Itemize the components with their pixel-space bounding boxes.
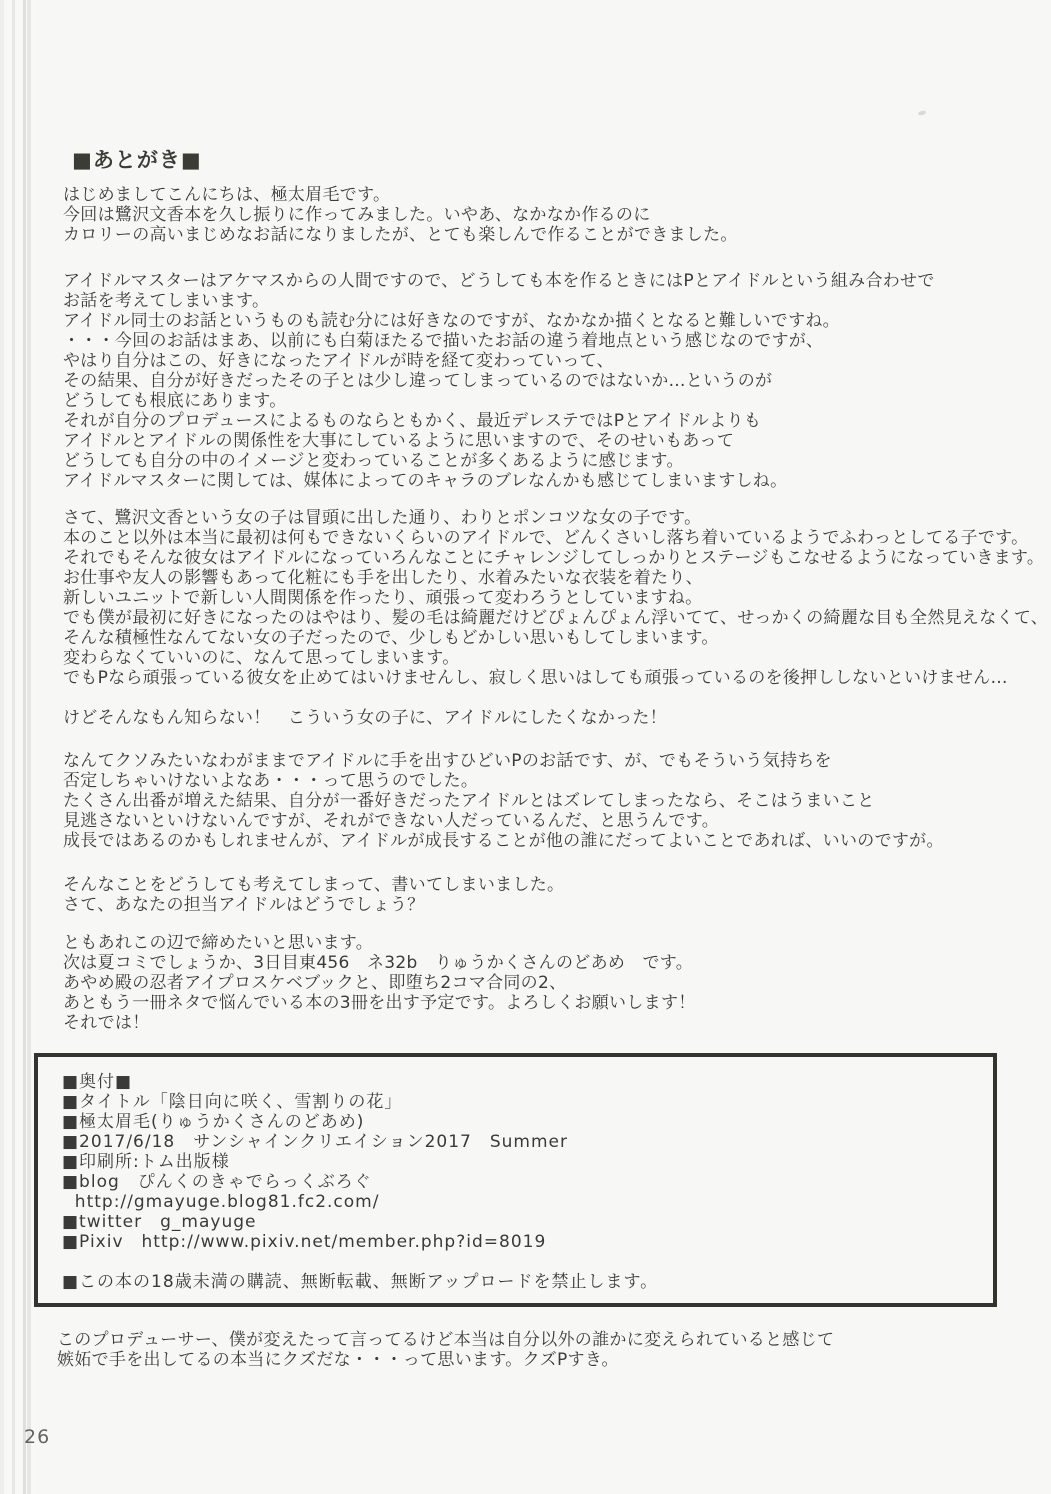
text-line: アイドル同士のお話というものも読む分には好きなのですが、なかなか描くとなると難し… xyxy=(63,311,1048,331)
text-line: お仕事や友人の影響もあって化粧にも手を出したり、水着みたいな衣装を着たり、 xyxy=(63,568,1048,588)
scanned-afterword-page: ■あとがき■ はじめましてこんにちは、極太眉毛です。今回は鷺沢文香本を久し振りに… xyxy=(0,0,1051,1494)
scan-speck xyxy=(918,110,927,116)
text-line: カロリーの高いまじめなお話になりましたが、とても楽しんで作ることができました。 xyxy=(63,225,1048,245)
text-line: このプロデューサー、僕が変えたって言ってるけど本当は自分以外の誰かに変えられてい… xyxy=(57,1330,1042,1350)
text-line: なんてクソみたいなわがままでアイドルに手を出すひどいPのお話です、が、でもそうい… xyxy=(63,751,1048,771)
text-line: どうしても自分の中のイメージと変わっていることが多くあるように感じます。 xyxy=(63,451,1048,471)
text-line: さて、鷺沢文香という女の子は冒頭に出した通り、わりとポンコツな女の子です。 xyxy=(63,508,1048,528)
text-line: 新しいユニットで新しい人間関係を作ったり、頑張って変わろうとしていますね。 xyxy=(63,588,1048,608)
colophon-lines: ■奥付■■タイトル「陰日向に咲く、雪割りの花」■極太眉毛(りゅうかくさんのどあめ… xyxy=(62,1072,983,1292)
afterword-paragraph-exclaim: けどそんなもん知らない！ こういう女の子に、アイドルにしたくなかった！ xyxy=(63,708,1048,728)
text-line: ■blog ぴんくのきゃでらっくぶろぐ xyxy=(62,1172,983,1192)
text-line: ・・・今回のお話はまあ、以前にも白菊ほたるで描いたお話の違う着地点という感じなの… xyxy=(63,331,1048,351)
text-line: 本のこと以外は本当に最初は何もできないくらいのアイドルで、どんくさいし落ち着いて… xyxy=(63,528,1048,548)
text-line: 変わらなくていいのに、なんて思ってしまいます。 xyxy=(63,648,1048,668)
text-line: ■極太眉毛(りゅうかくさんのどあめ) xyxy=(62,1112,983,1132)
text-line: あやめ殿の忍者アイプロスケベブックと、即堕ち2コマ合同の2、 xyxy=(63,973,1048,993)
text-line: でも僕が最初に好きになったのはやはり、髪の毛は綺麗だけどぴょんぴょん浮いてて、せ… xyxy=(63,608,1048,628)
page-edge-line xyxy=(12,0,15,1494)
afterword-paragraph-greeting: はじめましてこんにちは、極太眉毛です。今回は鷺沢文香本を久し振りに作ってみました… xyxy=(63,185,1048,245)
text-line: やはり自分はこの、好きになったアイドルが時を経て変わっていって、 xyxy=(63,351,1048,371)
afterword-paragraph-question: そんなことをどうしても考えてしまって、書いてしまいました。さて、あなたの担当アイ… xyxy=(63,875,1048,915)
text-line: 成長ではあるのかもしれませんが、アイドルが成長することが他の誰にだってよいことで… xyxy=(63,831,1048,851)
text-line: ■この本の18歳未満の購読、無断転載、無断アップロードを禁止します。 xyxy=(62,1272,983,1292)
text-line: それが自分のプロデュースによるものならともかく、最近デレステではPとアイドルより… xyxy=(63,411,1048,431)
text-line: けどそんなもん知らない！ こういう女の子に、アイドルにしたくなかった！ xyxy=(63,708,1048,728)
text-line: それでもそんな彼女はアイドルになっていろんなことにチャレンジしてしっかりとステー… xyxy=(63,548,1048,568)
text-line: ■奥付■ xyxy=(62,1072,983,1092)
text-line: アイドルマスターに関しては、媒体によってのキャラのブレなんかも感じてしまいますし… xyxy=(63,471,1048,491)
text-line: あともう一冊ネタで悩んでいる本の3冊を出す予定です。よろしくお願いします！ xyxy=(63,993,1048,1013)
page-edge-line xyxy=(23,0,26,1494)
text-line: アイドルとアイドルの関係性を大事にしているように思いますので、そのせいもあって xyxy=(63,431,1048,451)
text-line: http://gmayuge.blog81.fc2.com/ xyxy=(62,1192,983,1212)
text-line: 次は夏コミでしょうか、3日目東456 ネ32b りゅうかくさんのどあめ です。 xyxy=(63,953,1048,973)
afterword-paragraph-producer: なんてクソみたいなわがままでアイドルに手を出すひどいPのお話です、が、でもそうい… xyxy=(63,751,1048,851)
text-line: その結果、自分が好きだったその子とは少し違ってしまっているのではないか…というの… xyxy=(63,371,1048,391)
text-line: はじめましてこんにちは、極太眉毛です。 xyxy=(63,185,1048,205)
text-line: ■twitter g_mayuge xyxy=(62,1212,983,1232)
afterword-paragraph-fumika: さて、鷺沢文香という女の子は冒頭に出した通り、わりとポンコツな女の子です。本のこ… xyxy=(63,508,1048,688)
text-line: ■印刷所:トム出版様 xyxy=(62,1152,983,1172)
text-line: 否定しちゃいけないよなあ・・・って思うのでした。 xyxy=(63,771,1048,791)
afterword-paragraph-closing: ともあれこの辺で締めたいと思います。次は夏コミでしょうか、3日目東456 ネ32… xyxy=(63,933,1048,1033)
footer-note: このプロデューサー、僕が変えたって言ってるけど本当は自分以外の誰かに変えられてい… xyxy=(57,1330,1042,1370)
text-line: 今回は鷺沢文香本を久し振りに作ってみました。いやあ、なかなか作るのに xyxy=(63,205,1048,225)
colophon-box: ■奥付■■タイトル「陰日向に咲く、雪割りの花」■極太眉毛(りゅうかくさんのどあめ… xyxy=(34,1053,997,1307)
text-line: ■2017/6/18 サンシャインクリエイション2017 Summer xyxy=(62,1132,983,1152)
page-edge-line xyxy=(27,0,31,1494)
text-line: ともあれこの辺で締めたいと思います。 xyxy=(63,933,1048,953)
text-line: お話を考えてしまいます。 xyxy=(63,291,1048,311)
page-edge-line xyxy=(0,0,4,1494)
page-number: 26 xyxy=(24,1426,50,1448)
text-line: たくさん出番が増えた結果、自分が一番好きだったアイドルとはズレてしまったなら、そ… xyxy=(63,791,1048,811)
text-line: 見逃さないといけないんですが、それができない人だっているんだ、と思うんです。 xyxy=(63,811,1048,831)
text-line: ■Pixiv http://www.pixiv.net/member.php?i… xyxy=(62,1232,983,1252)
text-line: でもPなら頑張っている彼女を止めてはいけませんし、寂しく思いはしても頑張っている… xyxy=(63,668,1048,688)
text-line: アイドルマスターはアケマスからの人間ですので、どうしても本を作るときにはPとアイ… xyxy=(63,271,1048,291)
text-line: そんなことをどうしても考えてしまって、書いてしまいました。 xyxy=(63,875,1048,895)
text-line: どうしても根底にあります。 xyxy=(63,391,1048,411)
text-line: 嫉妬で手を出してるの本当にクズだな・・・って思います。クズPすき。 xyxy=(57,1350,1042,1370)
text-line xyxy=(62,1252,983,1272)
text-line: そんな積極性なんてない女の子だったので、少しもどかしい思いもしてしまいます。 xyxy=(63,628,1048,648)
text-line: さて、あなたの担当アイドルはどうでしょう？ xyxy=(63,895,1048,915)
afterword-paragraph-idolmaster: アイドルマスターはアケマスからの人間ですので、どうしても本を作るときにはPとアイ… xyxy=(63,271,1048,491)
text-line: それでは！ xyxy=(63,1013,1048,1033)
text-line: ■タイトル「陰日向に咲く、雪割りの花」 xyxy=(62,1092,983,1112)
afterword-heading: ■あとがき■ xyxy=(72,144,202,174)
